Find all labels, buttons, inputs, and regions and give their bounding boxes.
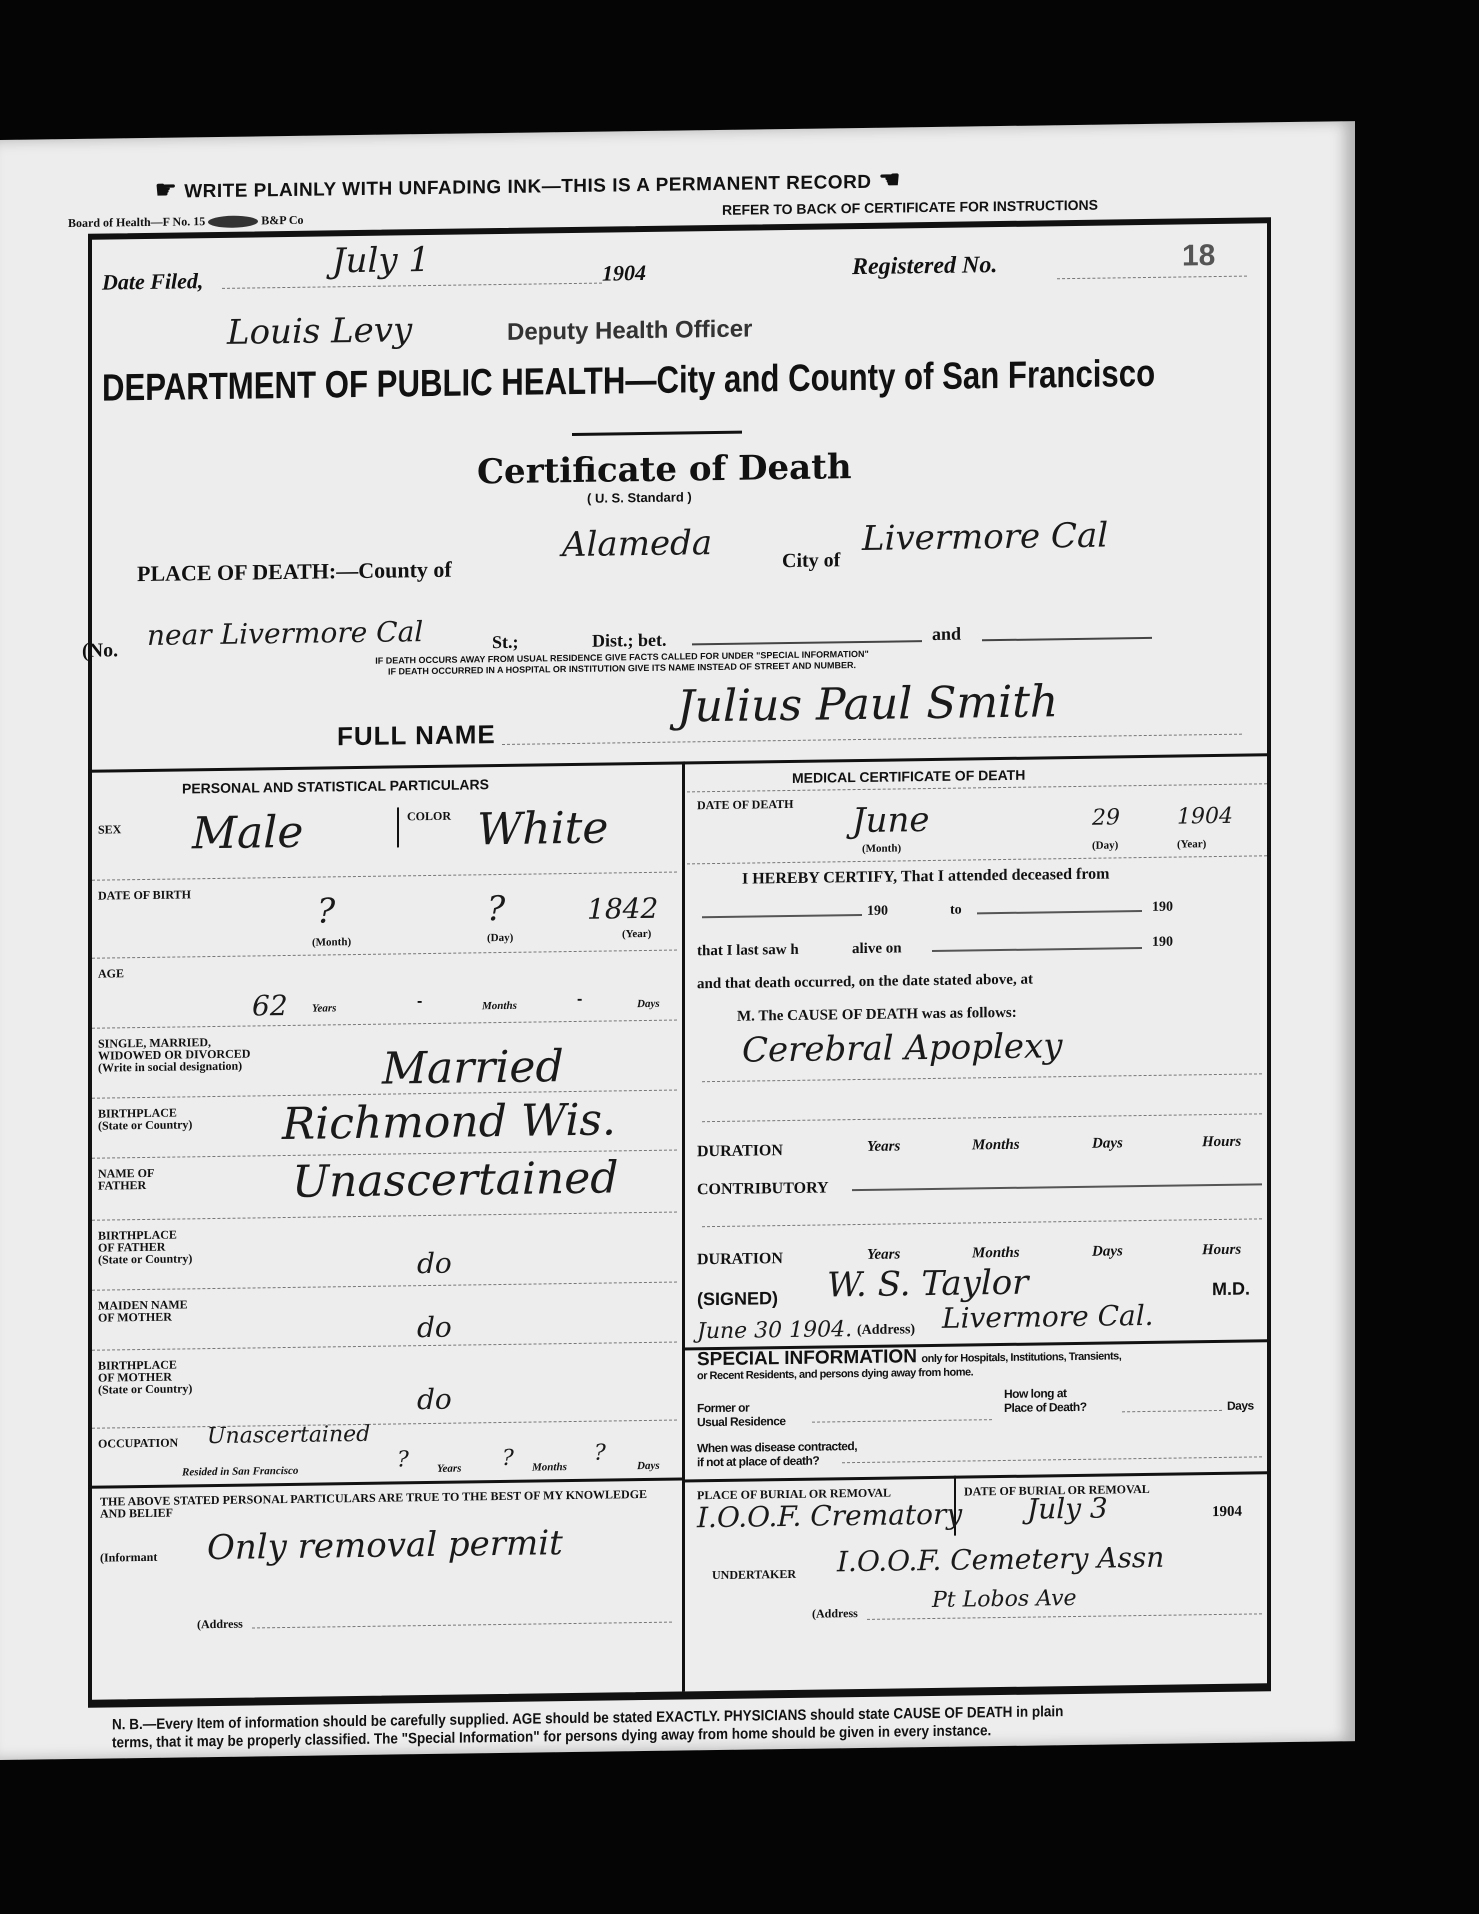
burial-date-value[interactable]: July 3 [1027, 1492, 1108, 1526]
duration-hours: Hours [1202, 1134, 1241, 1152]
age-days-caption: Days [637, 998, 660, 1010]
city-label: City of [782, 549, 840, 573]
age-label: AGE [98, 967, 124, 979]
age-years-caption: Years [312, 1002, 336, 1014]
dod-year-caption: (Year) [1177, 838, 1206, 850]
county-value[interactable]: Alameda [562, 523, 712, 565]
color-value[interactable]: White [477, 803, 608, 856]
pointing-hand-icon-right: ☚ [872, 166, 901, 193]
resided-months[interactable]: ? [502, 1446, 514, 1471]
resided-years[interactable]: ? [397, 1447, 409, 1472]
burial-year: 1904 [1212, 1504, 1242, 1521]
place-of-death-note: IF DEATH OCCURS AWAY FROM USUAL RESIDENC… [212, 647, 1032, 680]
duration-days: Days [1092, 1135, 1123, 1152]
place-of-death-label: PLACE OF DEATH:—County of [137, 557, 452, 587]
alive-on-year: 190 [1152, 935, 1173, 951]
undertaker-label: UNDERTAKER [712, 1568, 796, 1581]
officer-signature[interactable]: Louis Levy [227, 310, 412, 353]
death-occurred-statement: and that death occurred, on the date sta… [697, 972, 1033, 994]
medical-heading: MEDICAL CERTIFICATE OF DEATH [792, 767, 1025, 786]
date-filed-year: 1904 [602, 260, 646, 287]
signed-date[interactable]: June 30 1904. [697, 1317, 852, 1344]
occupation-label: OCCUPATION [98, 1437, 178, 1450]
certify-statement: I HEREBY CERTIFY, That I attended deceas… [742, 866, 1109, 889]
dob-month[interactable]: ? [317, 891, 335, 931]
mother-maiden-name-label: MAIDEN NAME OF MOTHER [98, 1298, 188, 1323]
department-title: DEPARTMENT OF PUBLIC HEALTH—City and Cou… [102, 353, 1155, 411]
dob-year-caption: (Year) [622, 928, 651, 940]
undertaker-address-label: (Address [812, 1607, 858, 1620]
attestation-text: THE ABOVE STATED PERSONAL PARTICULARS AR… [100, 1488, 675, 1520]
personal-heading: PERSONAL AND STATISTICAL PARTICULARS [182, 776, 489, 796]
physician-address[interactable]: Livermore Cal. [942, 1299, 1154, 1335]
registered-label: Registered No. [852, 252, 997, 281]
occupation-value[interactable]: Unascertained [207, 1422, 370, 1449]
duration-2-label: DURATION [697, 1250, 783, 1269]
age-days[interactable]: - [577, 991, 582, 1009]
last-saw-label: that I last saw h [697, 942, 799, 960]
informant-value[interactable]: Only removal permit [207, 1523, 563, 1568]
date-of-death-label: DATE OF DEATH [697, 798, 793, 811]
resided-months-caption: Months [532, 1461, 567, 1473]
duration-years: Years [867, 1138, 900, 1155]
mother-birthplace-label: BIRTHPLACE OF MOTHER (State or Country) [98, 1358, 192, 1395]
birthplace-label: BIRTHPLACE (State or Country) [98, 1106, 192, 1131]
sex-label: SEX [98, 823, 121, 835]
cause-of-death-value[interactable]: Cerebral Apoplexy [742, 1026, 1062, 1070]
signed-label: (SIGNED) [697, 1288, 778, 1310]
how-long-label: How long at Place of Death? [1004, 1386, 1087, 1415]
father-birthplace-label: BIRTHPLACE OF FATHER (State or Country) [98, 1228, 192, 1265]
duration-2-hours: Hours [1202, 1242, 1241, 1260]
date-filed-value[interactable]: July 1 [332, 240, 430, 281]
certificate-standard: ( U. S. Standard ) [587, 489, 692, 505]
alive-on-label: alive on [852, 940, 902, 958]
md-label: M.D. [1212, 1279, 1250, 1301]
form-frame: Date Filed, July 1 1904 Registered No. 1… [88, 217, 1271, 1708]
and-label: and [932, 624, 961, 645]
special-info-heading: SPECIAL INFORMATION only for Hospitals, … [697, 1345, 1267, 1383]
undertaker-value[interactable]: I.O.O.F. Cemetery Assn [837, 1541, 1164, 1579]
duration-2-months: Months [972, 1245, 1020, 1263]
date-of-death-month[interactable]: June [852, 800, 930, 841]
date-of-death-year[interactable]: 1904 [1177, 804, 1233, 830]
district-label: Dist.; bet. [592, 630, 667, 652]
informant-address-label: (Address [197, 1618, 243, 1631]
street-number-value[interactable]: near Livermore Cal [147, 615, 423, 652]
duration-months: Months [972, 1137, 1020, 1155]
instructions-note: REFER TO BACK OF CERTIFICATE FOR INSTRUC… [722, 197, 1098, 218]
birthplace-value[interactable]: Richmond Wis. [282, 1094, 616, 1150]
nb-footer-note: N. B.—Every Item of information should b… [112, 1703, 1084, 1753]
former-residence-label: Former or Usual Residence [697, 1400, 786, 1429]
street-label: St.; [492, 632, 519, 653]
street-number-label: (No. [82, 639, 118, 663]
dob-day-caption: (Day) [487, 932, 513, 944]
burial-place-value[interactable]: I.O.O.F. Crematory [697, 1498, 962, 1535]
undertaker-address[interactable]: Pt Lobos Ave [932, 1586, 1077, 1613]
age-months[interactable]: - [417, 993, 422, 1011]
age-years[interactable]: 62 [252, 989, 288, 1022]
color-label: COLOR [407, 810, 451, 823]
certificate-title: Certificate of Death [477, 447, 852, 492]
officer-title: Deputy Health Officer [507, 315, 752, 346]
duration-2-years: Years [867, 1246, 900, 1263]
full-name-label: FULL NAME [337, 719, 496, 752]
contributory-label: CONTRIBUTORY [697, 1179, 829, 1199]
resided-days-caption: Days [637, 1460, 660, 1472]
father-name-value[interactable]: Unascertained [292, 1152, 618, 1208]
mother-maiden-name-value[interactable]: do [417, 1311, 452, 1344]
banner: ☛ WRITE PLAINLY WITH UNFADING INK—THIS I… [155, 165, 901, 204]
dob-year[interactable]: 1842 [587, 892, 658, 926]
dod-day-caption: (Day) [1092, 839, 1118, 851]
father-name-label: NAME OF FATHER [98, 1167, 154, 1192]
disease-contracted-label: When was disease contracted, if not at p… [697, 1439, 857, 1469]
city-value[interactable]: Livermore Cal [862, 516, 1108, 559]
dob-month-caption: (Month) [312, 936, 351, 949]
attended-to-year: 190 [1152, 900, 1173, 916]
resided-label: Resided in San Francisco [182, 1465, 298, 1479]
date-of-death-day[interactable]: 29 [1092, 805, 1120, 830]
father-birthplace-value[interactable]: do [417, 1247, 452, 1280]
age-months-caption: Months [482, 1000, 517, 1012]
how-long-days: Days [1227, 1398, 1254, 1412]
informant-label: (Informant [100, 1551, 157, 1564]
resided-years-caption: Years [437, 1463, 461, 1475]
dob-label: DATE OF BIRTH [98, 888, 191, 901]
physician-address-label: (Address) [857, 1322, 915, 1339]
printer-seal-icon [208, 216, 258, 229]
cause-of-death-label: M. The CAUSE OF DEATH was as follows: [737, 1005, 1017, 1026]
dod-month-caption: (Month) [862, 842, 901, 855]
registered-number[interactable]: 18 [1182, 239, 1215, 273]
marital-value[interactable]: Married [382, 1041, 564, 1095]
duration-label: DURATION [697, 1142, 783, 1161]
pointing-hand-icon: ☛ [155, 176, 184, 203]
resided-days[interactable]: ? [594, 1441, 606, 1466]
physician-signature[interactable]: W. S. Taylor [827, 1263, 1028, 1306]
death-certificate-page: ☛ WRITE PLAINLY WITH UNFADING INK—THIS I… [0, 121, 1355, 1760]
full-name-value[interactable]: Julius Paul Smith [677, 676, 1058, 732]
dob-day[interactable]: ? [487, 889, 505, 929]
date-filed-label: Date Filed, [102, 268, 203, 295]
board-reference: Board of Health—F No. 15 B&P Co [68, 214, 304, 231]
sex-value[interactable]: Male [192, 807, 303, 860]
mother-birthplace-value[interactable]: do [417, 1383, 452, 1416]
marital-label: SINGLE, MARRIED, WIDOWED OR DIVORCED (Wr… [98, 1036, 250, 1074]
attended-from-year: 190 [867, 904, 888, 920]
attended-to-label: to [950, 903, 962, 919]
duration-2-days: Days [1092, 1243, 1123, 1260]
